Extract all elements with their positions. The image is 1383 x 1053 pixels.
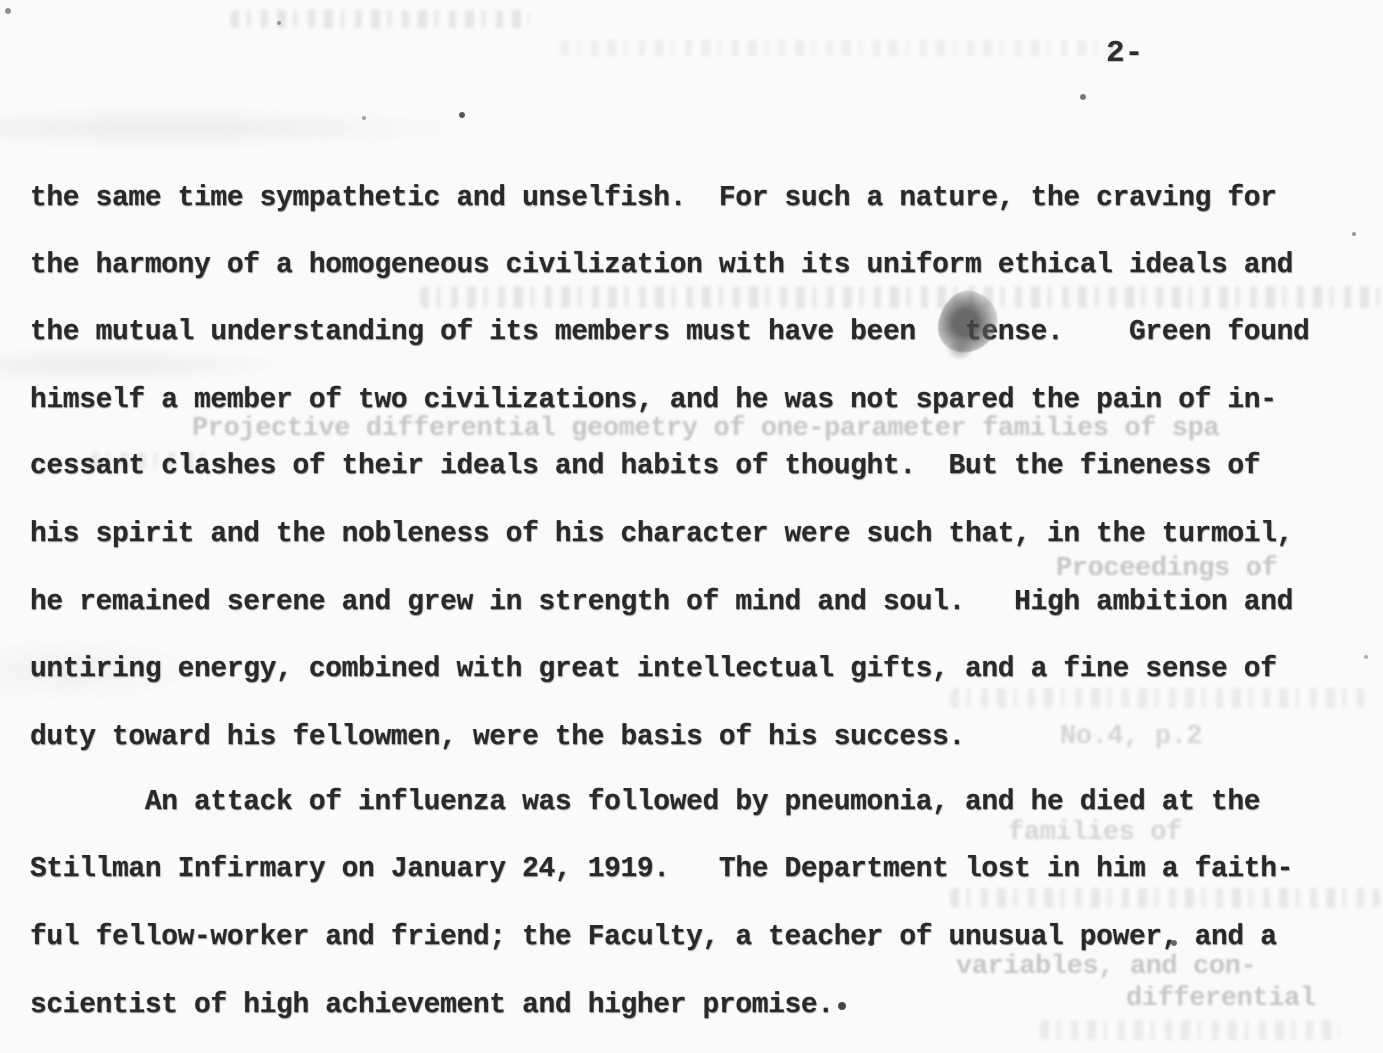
scan-specks (0, 0, 4, 4)
ghost-smudge (420, 286, 1380, 308)
text-line: scientist of high achievement and higher… (30, 991, 834, 1020)
text-line: the harmony of a homogeneous civilizatio… (30, 251, 1293, 280)
scan-wash (0, 108, 450, 148)
scanned-document-page: 2- Projective differential geometry of o… (0, 0, 1383, 1053)
ghost-text-line: Proceedings of (1056, 556, 1277, 583)
text-line: cessant clashes of their ideals and habi… (30, 452, 1260, 481)
ghost-text-line: differential (1126, 986, 1316, 1013)
ghost-smudge (1040, 1020, 1340, 1040)
text-line: himself a member of two civilizations, a… (30, 386, 1277, 415)
ink-blot-tail (947, 338, 973, 360)
text-line: Stillman Infirmary on January 24, 1919. … (30, 855, 1293, 884)
text-line: ful fellow-worker and friend; the Facult… (30, 923, 1277, 952)
text-line: the same time sympathetic and unselfish.… (30, 184, 1277, 213)
text-line: untiring energy, combined with great int… (30, 655, 1277, 684)
ghost-smudge (230, 10, 530, 28)
text-line: his spirit and the nobleness of his char… (30, 520, 1293, 549)
text-line: the mutual understanding of its members … (30, 318, 1309, 347)
ghost-text-line: variables, and con- (956, 954, 1256, 981)
ghost-text-line: No.4, p.2 (1060, 724, 1202, 751)
text-line: An attack of influenza was followed by p… (30, 788, 1260, 817)
text-line: duty toward his fellowmen, were the basi… (30, 723, 965, 752)
text-line: he remained serene and grew in strength … (30, 588, 1293, 617)
ghost-smudge (560, 40, 1120, 56)
ghost-smudge (950, 888, 1380, 908)
ghost-smudge (950, 688, 1370, 708)
ghost-text-line: Projective differential geometry of one-… (192, 416, 1219, 443)
scan-wash (0, 348, 280, 382)
ghost-text-line: families of (1008, 820, 1182, 847)
